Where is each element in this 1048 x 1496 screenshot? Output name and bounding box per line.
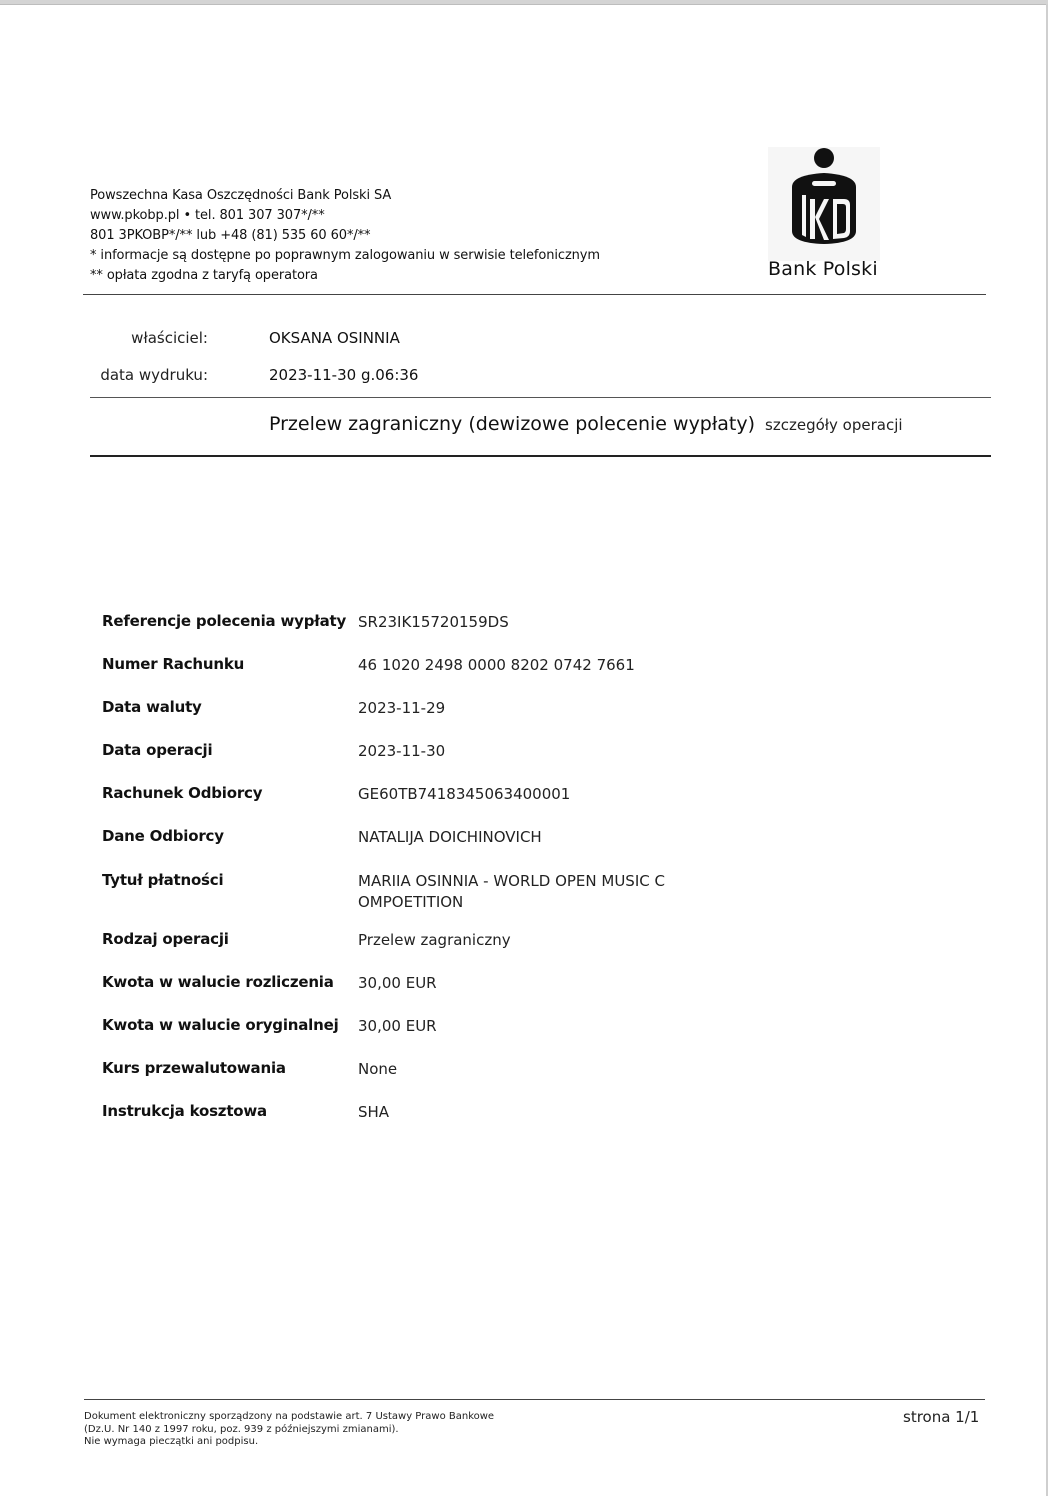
pko-logo (768, 147, 880, 261)
pko-piggybank-logo-icon (790, 147, 858, 247)
detail-value: GE60TB7418345063400001 (358, 784, 718, 805)
footer-line-1: Dokument elektroniczny sporządzony na po… (84, 1411, 494, 1424)
detail-value: MARIIA OSINNIA - WORLD OPEN MUSIC C OMPO… (358, 871, 718, 913)
logo-text: Bank Polski (768, 258, 878, 280)
bank-contact-phone-alt: 801 3PKOBP*/** lub +48 (81) 535 60 60*/*… (90, 226, 600, 246)
window-top-bar (0, 0, 1048, 5)
detail-value: NATALIJA DOICHINOVICH (358, 827, 718, 848)
print-date-label: data wydruku: (0, 366, 208, 384)
owner-label: właściciel: (0, 329, 208, 347)
page-number: strona 1/1 (903, 1408, 979, 1426)
legal-footer: Dokument elektroniczny sporządzony na po… (84, 1411, 494, 1449)
title-divider (90, 455, 991, 457)
detail-value: None (358, 1059, 718, 1080)
print-date-value: 2023-11-30 g.06:36 (269, 366, 418, 384)
detail-value: 2023-11-30 (358, 741, 718, 762)
detail-label: Rodzaj operacji (102, 930, 229, 948)
detail-label: Dane Odbiorcy (102, 827, 224, 845)
detail-label: Numer Rachunku (102, 655, 244, 673)
header-divider (83, 294, 986, 295)
detail-value: 46 1020 2498 0000 8202 0742 7661 (358, 655, 718, 676)
detail-value: SHA (358, 1102, 718, 1123)
detail-label: Kwota w walucie rozliczenia (102, 973, 334, 991)
detail-value: SR23IK15720159DS (358, 612, 718, 633)
bank-contact-info: Powszechna Kasa Oszczędności Bank Polski… (90, 186, 600, 286)
detail-label: Kurs przewalutowania (102, 1059, 286, 1077)
detail-label: Rachunek Odbiorcy (102, 784, 262, 802)
title-sub: szczegóły operacji (765, 416, 903, 434)
detail-label: Data operacji (102, 741, 212, 759)
detail-label: Data waluty (102, 698, 202, 716)
bank-footnote-2: ** opłata zgodna z taryfą operatora (90, 266, 600, 286)
detail-value: 2023-11-29 (358, 698, 718, 719)
bank-footnote-1: * informacje są dostępne po poprawnym za… (90, 246, 600, 266)
title-main: Przelew zagraniczny (dewizowe polecenie … (269, 413, 755, 435)
detail-label: Referencje polecenia wypłaty (102, 612, 346, 630)
payment-title-line-2: OMPOETITION (358, 893, 463, 911)
payment-title-line-1: MARIIA OSINNIA - WORLD OPEN MUSIC C (358, 872, 665, 890)
detail-value: 30,00 EUR (358, 1016, 718, 1037)
detail-label: Kwota w walucie oryginalnej (102, 1016, 339, 1034)
footer-line-3: Nie wymaga pieczątki ani podpisu. (84, 1436, 494, 1449)
detail-label: Tytuł płatności (102, 871, 223, 889)
meta-divider (90, 397, 991, 398)
footer-divider (84, 1399, 985, 1400)
owner-value: OKSANA OSINNIA (269, 329, 400, 347)
bank-name: Powszechna Kasa Oszczędności Bank Polski… (90, 186, 600, 206)
detail-value: 30,00 EUR (358, 973, 718, 994)
footer-line-2: (Dz.U. Nr 140 z 1997 roku, poz. 939 z pó… (84, 1424, 494, 1437)
page-title: Przelew zagraniczny (dewizowe polecenie … (269, 413, 903, 435)
bank-contact-web-phone: www.pkobp.pl • tel. 801 307 307*/** (90, 206, 600, 226)
detail-label: Instrukcja kosztowa (102, 1102, 267, 1120)
detail-value: Przelew zagraniczny (358, 930, 718, 951)
